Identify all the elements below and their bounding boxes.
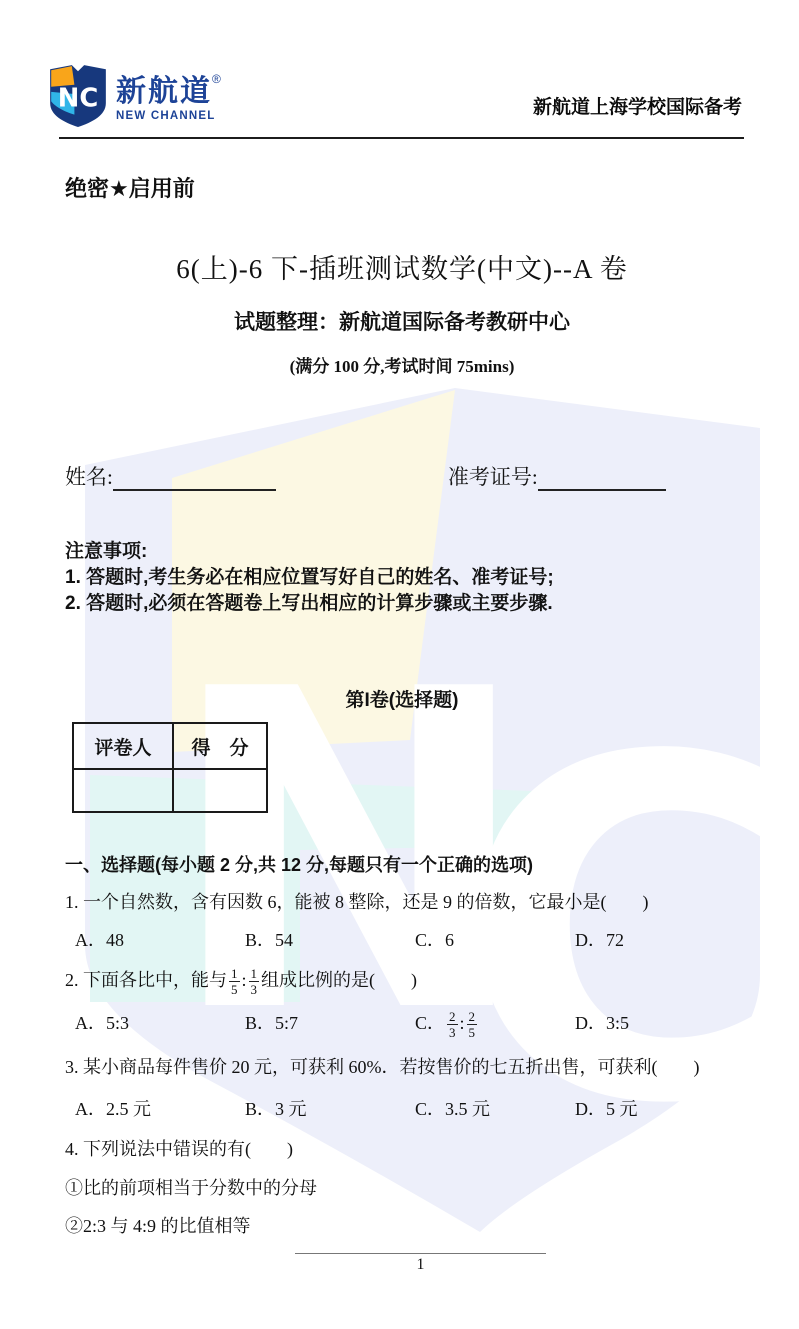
header-school-name: 新航道上海学校国际备考 bbox=[533, 92, 742, 119]
question-4-subitem: ①比的前项相当于分数中的分母 bbox=[65, 1174, 739, 1200]
option-b: B．3 元 bbox=[245, 1095, 415, 1121]
multiple-choice-header: 一、选择题(每小题 2 分,共 12 分,每题只有一个正确的选项) bbox=[65, 851, 739, 877]
question-1-options: A．48 B．54 C．6 D．72 bbox=[65, 926, 739, 952]
score-col-header: 得 分 bbox=[173, 723, 267, 769]
name-blank-line bbox=[113, 467, 276, 491]
option-d: D．72 bbox=[575, 926, 739, 952]
grader-col-header: 评卷人 bbox=[73, 723, 173, 769]
classified-label: 绝密★启用前 bbox=[65, 172, 739, 203]
question-4: 4. 下列说法中错误的有( ) bbox=[65, 1137, 739, 1162]
option-c: C．6 bbox=[415, 926, 575, 952]
option-b: B．54 bbox=[245, 926, 415, 952]
paper-subtitle: 试题整理：新航道国际备考教研中心 bbox=[65, 306, 739, 336]
notice-title: 注意事项: bbox=[65, 539, 739, 565]
score-empty-cell bbox=[173, 769, 267, 812]
footer-divider bbox=[295, 1253, 546, 1254]
option-a: A．2.5 元 bbox=[75, 1095, 245, 1121]
page-number: 1 bbox=[295, 1256, 546, 1274]
grader-score-table: 评卷人 得 分 bbox=[72, 722, 268, 813]
nc-shield-icon: NC bbox=[48, 62, 108, 128]
notice-item: 1. 答题时,考生务必在相应位置写好自己的姓名、准考证号; bbox=[65, 565, 739, 591]
question-3-options: A．2.5 元 B．3 元 C．3.5 元 D．5 元 bbox=[65, 1095, 739, 1121]
paper-body: 绝密★启用前 6(上)-6 下-插班测试数学(中文)--A 卷 试题整理：新航道… bbox=[0, 138, 799, 1238]
question-3: 3. 某小商品每件售价 20 元，可获利 60%．若按售价的七五折出售，可获利(… bbox=[65, 1055, 739, 1080]
option-d: D．3:5 bbox=[575, 1009, 739, 1039]
notice-section: 注意事项: 1. 答题时,考生务必在相应位置写好自己的姓名、准考证号; 2. 答… bbox=[65, 539, 739, 617]
admission-id-label: 准考证号: bbox=[448, 461, 538, 491]
ratio-colon: : bbox=[460, 1013, 465, 1033]
option-a: A．5:3 bbox=[75, 1009, 245, 1039]
grader-empty-cell bbox=[73, 769, 173, 812]
svg-text:NC: NC bbox=[58, 83, 98, 113]
admission-id-blank-line bbox=[538, 467, 666, 491]
option-d: D．5 元 bbox=[575, 1095, 739, 1121]
section-1-header: 第I卷(选择题) bbox=[65, 685, 739, 712]
candidate-info-row: 姓名:准考证号: bbox=[65, 461, 739, 491]
paper-title: 6(上)-6 下-插班测试数学(中文)--A 卷 bbox=[65, 247, 739, 286]
question-2-options: A．5:3 B．5:7 C．23:25 D．3:5 bbox=[65, 1009, 739, 1039]
brand-name-cn: 新航道® bbox=[116, 64, 223, 107]
name-label: 姓名: bbox=[65, 461, 113, 491]
question-2: 2. 下面各比中，能与15:13组成比例的是( ) bbox=[65, 967, 739, 996]
option-b: B．5:7 bbox=[245, 1009, 415, 1039]
paper-score-time: (满分 100 分,考试时间 75mins) bbox=[65, 352, 739, 377]
fraction-two-thirds: 23 bbox=[447, 1010, 458, 1039]
question-1: 1. 一个自然数，含有因数 6，能被 8 整除，还是 9 的倍数，它最小是( ) bbox=[65, 890, 739, 915]
registered-mark: ® bbox=[212, 72, 223, 86]
fraction-one-third: 13 bbox=[249, 967, 260, 996]
test-paper-page: N C NC 新航道® NEW CHANNEL 新航道上海学校国际备考 绝密★启… bbox=[0, 0, 799, 1329]
option-a: A．48 bbox=[75, 926, 245, 952]
fraction-two-fifths: 25 bbox=[467, 1010, 478, 1039]
option-c: C．23:25 bbox=[415, 1009, 575, 1039]
new-channel-logo: NC 新航道® NEW CHANNEL bbox=[48, 62, 223, 128]
question-4-subitem: ②2:3 与 4:9 的比值相等 bbox=[65, 1212, 739, 1238]
notice-item: 2. 答题时,必须在答题卷上写出相应的计算步骤或主要步骤. bbox=[65, 591, 739, 617]
fraction-one-fifth: 15 bbox=[229, 967, 240, 996]
option-c: C．3.5 元 bbox=[415, 1095, 575, 1121]
ratio-colon: : bbox=[242, 970, 247, 990]
brand-name-en: NEW CHANNEL bbox=[116, 110, 223, 122]
brand-text: 新航道® NEW CHANNEL bbox=[116, 64, 223, 122]
